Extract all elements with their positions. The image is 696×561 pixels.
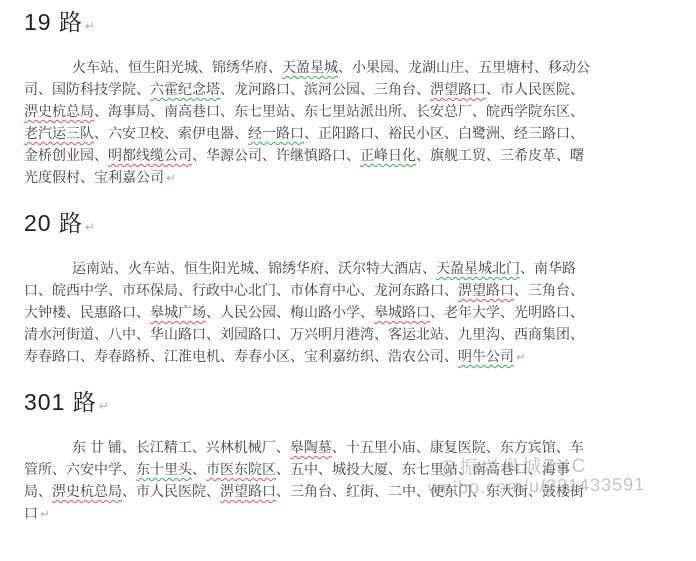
stop-name: 明牛公司 (458, 348, 514, 364)
stop-name: 火车站 (72, 59, 114, 75)
stop-name: 三角台 (290, 483, 332, 499)
stop-name: 滨河公园 (304, 81, 360, 97)
stop-name: 东 廿 铺 (72, 439, 122, 455)
stop-name: 恒生阳光城 (128, 59, 198, 75)
paragraph-return-mark: ↵ (97, 399, 109, 413)
stop-name: 浩农公司 (388, 348, 444, 364)
stop-name: 市环保局 (122, 282, 178, 298)
stop-name: 东七里站 (402, 461, 458, 477)
route-title-text: 301 路 (24, 389, 97, 415)
route-title: 19 路↵ (24, 6, 590, 42)
stop-name: 旗舰工贸 (430, 147, 486, 163)
stop-name: 宝利嘉纺织 (304, 348, 374, 364)
stop-name: 大钟楼 (24, 304, 66, 320)
stop-name: 华山路口 (150, 326, 206, 342)
stop-name: 金桥创业园 (24, 147, 94, 163)
stop-name: 万兴明月港湾 (290, 326, 374, 342)
stop-name: 天盈星城北门 (436, 260, 520, 276)
stop-name: 华源公司 (206, 147, 262, 163)
stop-name: 锦绣华府 (212, 59, 268, 75)
stop-name: 龙河东路口 (374, 282, 444, 298)
route-section: 20 路↵ 运南站、火车站、恒生阳光城、锦绣华府、沃尔特大酒店、天盈星城北门、南… (24, 207, 590, 368)
stop-name: 正阳路口 (318, 125, 374, 141)
stop-name: 皋陶墓 (290, 439, 332, 455)
stop-name: 皖西学院东区 (486, 103, 570, 119)
stop-name: 国防科技学院 (52, 81, 136, 97)
stop-name: 光明路口 (514, 304, 570, 320)
stop-name: 便东门 (430, 483, 472, 499)
stop-name: 三角台 (528, 282, 570, 298)
paragraph-return-mark: ↵ (38, 507, 50, 521)
stop-name: 城投大厦 (332, 461, 388, 477)
stop-name: 三希皮革 (500, 147, 556, 163)
stop-name: 刘园路口 (220, 326, 276, 342)
stop-name: 康复医院 (430, 439, 486, 455)
stop-name: 老年大学 (444, 304, 500, 320)
stop-name: 东七里站派出所 (304, 103, 402, 119)
route-title: 301 路↵ (24, 386, 590, 422)
stop-name: 淠望路口 (220, 483, 276, 499)
stop-name: 经三路口 (514, 125, 570, 141)
route-title: 20 路↵ (24, 207, 590, 243)
stop-name: 西商集团 (514, 326, 570, 342)
stop-name: 三角台 (374, 81, 416, 97)
stop-name: 民惠路口 (80, 304, 136, 320)
stop-name: 老汽运三队 (24, 125, 94, 141)
route-stops: 东 廿 铺、长江精工、兴林机械厂、皋陶墓、十五里小庙、康复医院、东方宾馆、车管所… (24, 436, 590, 525)
stop-name: 皋城路口 (374, 304, 430, 320)
route-stops: 运南站、火车站、恒生阳光城、锦绣华府、沃尔特大酒店、天盈星城北门、南华路口、皖西… (24, 257, 590, 368)
route-section: 19 路↵ 火车站、恒生阳光城、锦绣华府、天盈星城、小果园、龙湖山庄、五里塘村、… (24, 6, 590, 189)
stop-name: 六安中学 (66, 461, 122, 477)
stop-name: 锦绣华府 (268, 260, 324, 276)
stop-name: 六安卫校 (108, 125, 164, 141)
stop-name: 市人民医院 (136, 483, 206, 499)
stop-name: 兴林机械厂 (206, 439, 276, 455)
stop-name: 寿春小区 (234, 348, 290, 364)
paragraph-return-mark: ↵ (514, 350, 526, 364)
stop-name: 客运北站 (388, 326, 444, 342)
stop-name: 淠史杭总局 (24, 103, 94, 119)
stop-name: 江淮电机 (164, 348, 220, 364)
stop-name: 寿春路口 (24, 348, 80, 364)
route-stops: 火车站、恒生阳光城、锦绣华府、天盈星城、小果园、龙湖山庄、五里塘村、移动公司、国… (24, 56, 590, 189)
stop-name: 十五里小庙 (346, 439, 416, 455)
stop-name: 长江精工 (136, 439, 192, 455)
stop-name: 火车站 (128, 260, 170, 276)
stop-name: 经一路口 (248, 125, 304, 141)
stop-name: 皋城广场 (150, 304, 206, 320)
stop-name: 东方宾馆 (500, 439, 556, 455)
route-title-text: 19 路 (24, 9, 83, 35)
stop-name: 清水河街道 (24, 326, 94, 342)
stop-name: 裕民小区 (388, 125, 444, 141)
stop-name: 淠望路口 (458, 282, 514, 298)
stop-name: 淠望路口 (430, 81, 486, 97)
stop-name: 二中 (388, 483, 416, 499)
stop-name: 市医东院区 (206, 461, 276, 477)
stop-name: 索伊电器 (178, 125, 234, 141)
paragraph-return-mark: ↵ (164, 171, 176, 185)
stop-name: 天盈星城 (282, 59, 338, 75)
stop-name: 宝利嘉公司 (94, 169, 164, 185)
stop-name: 南高巷口 (472, 461, 528, 477)
stop-name: 龙河路口 (234, 81, 290, 97)
paragraph-return-mark: ↵ (83, 19, 95, 33)
stop-name: 红街 (346, 483, 374, 499)
stop-name: 许继慎路口 (276, 147, 346, 163)
stop-name: 白鹭洲 (458, 125, 500, 141)
stop-name: 恒生阳光城 (184, 260, 254, 276)
stop-name: 九里沟 (458, 326, 500, 342)
stop-name: 东十里头 (136, 461, 192, 477)
document-page: 19 路↵ 火车站、恒生阳光城、锦绣华府、天盈星城、小果园、龙湖山庄、五里塘村、… (0, 0, 696, 561)
stop-name: 长安总厂 (416, 103, 472, 119)
stop-name: 梅山路小学 (290, 304, 360, 320)
stop-name: 正峰日化 (360, 147, 416, 163)
stop-name: 龙湖山庄 (408, 59, 464, 75)
routes-container: 19 路↵ 火车站、恒生阳光城、锦绣华府、天盈星城、小果园、龙湖山庄、五里塘村、… (0, 0, 696, 525)
paragraph-return-mark: ↵ (83, 220, 95, 234)
stop-name: 南高巷口 (164, 103, 220, 119)
stop-name: 行政中心北门 (192, 282, 276, 298)
stop-name: 明都线缆公司 (108, 147, 192, 163)
stop-name: 东七里站 (234, 103, 290, 119)
stop-name: 皖西中学 (52, 282, 108, 298)
stop-name: 运南站 (72, 260, 114, 276)
stop-name: 寿春路桥 (94, 348, 150, 364)
stop-name: 海事局 (108, 103, 150, 119)
stop-name: 小果园 (352, 59, 394, 75)
stop-name: 八中 (108, 326, 136, 342)
stop-name: 市人民医院 (500, 81, 570, 97)
route-title-text: 20 路 (24, 210, 83, 236)
stop-name: 五中 (290, 461, 318, 477)
stop-name: 市体育中心 (290, 282, 360, 298)
stop-name: 淠史杭总局 (52, 483, 122, 499)
stop-name: 东大街 (486, 483, 528, 499)
stop-name: 沃尔特大酒店 (338, 260, 422, 276)
route-section: 301 路↵ 东 廿 铺、长江精工、兴林机械厂、皋陶墓、十五里小庙、康复医院、东… (24, 386, 590, 525)
stop-name: 六霍纪念塔 (150, 81, 220, 97)
stop-name: 人民公园 (220, 304, 276, 320)
stop-name: 五里塘村 (478, 59, 534, 75)
